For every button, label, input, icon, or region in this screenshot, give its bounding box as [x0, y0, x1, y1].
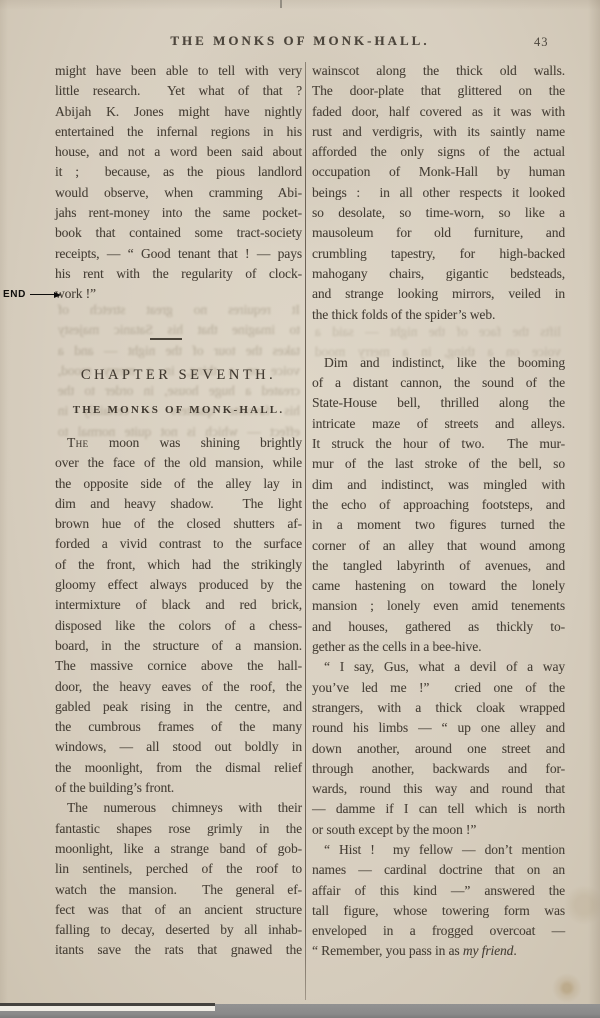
text-line: “ I say, Gus, what a devil of a way [312, 657, 565, 677]
column-divider-rule [305, 62, 306, 1000]
text-line: jahs rent-money into the same pocket- [55, 203, 302, 223]
text-line: lin sentinels, perched of the roof to [55, 859, 302, 879]
running-head: THE MONKS OF MONK-HALL. [0, 33, 600, 49]
right-column: wainscot along the thick old walls.The d… [312, 61, 565, 962]
end-label: END [3, 289, 26, 300]
text-line: affair of this kind —” answered the [312, 881, 565, 901]
scan-edge-mark [280, 0, 282, 8]
text-line: wainscot along the thick old walls. [312, 61, 565, 81]
text-line: would observe, when cramming Abi- [55, 183, 302, 203]
text-line: windows, — all stood out boldly in [55, 737, 302, 757]
text-line: round his limbs — “ up one alley and [312, 718, 565, 738]
text-line: over the face of the old mansion, while [55, 453, 302, 473]
page-number: 43 [534, 35, 549, 50]
show-through-line: takes the tour of the night — and a [58, 341, 300, 361]
arrow-head [54, 292, 61, 298]
text-line: State-House bell, thrilled along the [312, 393, 565, 413]
text-line: gabled peak rising in the centre, and [55, 697, 302, 717]
text-line: door, the heavy eaves of the roof, the [55, 677, 302, 697]
right-column-paragraph-4: “ Hist ! my fellow — don’t mentionnames … [312, 840, 565, 962]
left-column-paragraph-2: The moon was shining brightlyover the fa… [55, 433, 302, 961]
text-line: tall figure, whose towering form was [312, 901, 565, 921]
text-line: of the building’s front. [55, 778, 302, 798]
text-line: — damme if I can tell which is north [312, 799, 565, 819]
show-through-line: voice on a thing, in a merry mood [315, 342, 561, 362]
text-line: dim and indistinct, was mingled with [312, 475, 565, 495]
text-line: The numerous chimneys with their [55, 798, 302, 818]
text-line: watch the mansion. The general ef- [55, 880, 302, 900]
text-line: the opposite side of the alley lay in [55, 474, 302, 494]
text-line: The door-plate that glittered on the [312, 81, 565, 101]
text-line: moonlight, like a strange band of gob- [55, 839, 302, 859]
text-line: fect was that of an ancient structure [55, 900, 302, 920]
text-line: strangers, with a thick cloak wrapped [312, 698, 565, 718]
text-line: It struck the hour of two. The mur- [312, 434, 565, 454]
text-line: mahogany chairs, gigantic bedsteads, [312, 264, 565, 284]
text-line: The massive cornice above the hall- [55, 656, 302, 676]
text-line: down another, around one street and [312, 739, 565, 759]
text-line: occupation of Monk-Hall by human [312, 162, 565, 182]
text-line: “ Remember, you pass in as my friend. [312, 941, 565, 961]
text-line: mur of the last stroke of the bell, so [312, 454, 565, 474]
text-line: mansion ; lonely even amid tenements [312, 596, 565, 616]
text-line: it ; because, as the pious landlord [55, 162, 302, 182]
text-line: gether as the cells in a bee-hive. [312, 637, 565, 657]
text-line: in a moment two figures turned the [312, 515, 565, 535]
page-edge-highlight [0, 1006, 215, 1011]
show-through-text: lifts the face of the night — said avoic… [315, 322, 561, 363]
text-line: dim and heavy shadow. The light [55, 494, 302, 514]
chapter-subtitle: THE MONKS OF MONK-HALL. [55, 404, 302, 416]
text-line: crumbling tapestry, for high-backed [312, 244, 565, 264]
text-line: little research. Yet what of that ? [55, 81, 302, 101]
text-line: enveloped in a frogged overcoat — [312, 921, 565, 941]
book-page-scan: THE MONKS OF MONK-HALL. 43 might have be… [0, 0, 600, 1018]
text-line: faded door, half covered as it was with [312, 102, 565, 122]
chapter-divider-rule [150, 338, 182, 340]
text-line: afforded the only signs of the actual [312, 142, 565, 162]
text-line: “ Hist ! my fellow — don’t mention [312, 840, 565, 860]
text-line: and strange looking mirrors, veiled in [312, 284, 565, 304]
text-line: names — cardinal doctrine that on an [312, 860, 565, 880]
text-line: falling to decay, deserted by all inhab- [55, 920, 302, 940]
show-through-line: effect — which is not quite normal to [58, 422, 300, 442]
text-line: house, and not a word been said about [55, 142, 302, 162]
right-column-paragraph-1: wainscot along the thick old walls.The d… [312, 61, 565, 325]
text-line: of a distant cannon, the sound of the [312, 373, 565, 393]
text-line: the cumbrous frames of the many [55, 717, 302, 737]
end-annotation: END [3, 289, 61, 300]
show-through-line: It requires no great stretch of [58, 300, 300, 320]
show-through-line: created a huge house, in order to the [58, 381, 300, 401]
text-line: disposed like the colors of a chess- [55, 616, 302, 636]
text-line: his rent with the regularity of clock- [55, 264, 302, 284]
left-column-paragraph-1: might have been able to tell with veryli… [55, 61, 302, 305]
text-line: the moonlight, from the dismal relief [55, 758, 302, 778]
text-line: entertained the infernal regions in his [55, 122, 302, 142]
text-line: and houses, gathered as thickly to- [312, 617, 565, 637]
text-line: so desolate, so time-worn, so like a [312, 203, 565, 223]
text-line: wards, round this way and round that [312, 779, 565, 799]
text-line: brown hue of the closed shutters af- [55, 514, 302, 534]
text-line: might have been able to tell with very [55, 61, 302, 81]
text-line: fantastic shapes rose grimly in the [55, 819, 302, 839]
right-arrow-icon [30, 292, 61, 298]
text-line: or south except by the moon !” [312, 820, 565, 840]
text-line: itants save the rats that gnawed the [55, 940, 302, 960]
text-line: the tangled labyrinth of avenues, and [312, 556, 565, 576]
text-line: Abijah K. Jones might have nightly [55, 102, 302, 122]
text-line: through another, backwards and for- [312, 759, 565, 779]
right-column-paragraph-3: “ I say, Gus, what a devil of a wayyou’v… [312, 657, 565, 840]
text-line: you’ve led me !” cried one of the [312, 678, 565, 698]
text-line: board, in the structure of a mansion. [55, 636, 302, 656]
chapter-title: CHAPTER SEVENTH. [55, 367, 302, 384]
text-line: receipts, — “ Good tenant that ! — pays [55, 244, 302, 264]
text-line: book that contained some tract-society [55, 223, 302, 243]
arrow-shaft [30, 294, 54, 296]
text-line: intricate maze of streets and alleys. [312, 414, 565, 434]
text-line: gloomy effect always produced by the [55, 575, 302, 595]
text-line: forded a vivid contrast to the surface [55, 534, 302, 554]
text-line: beings : in all other respects it looked [312, 183, 565, 203]
text-line: rust and verdigris, with its saintly nam… [312, 122, 565, 142]
text-line: came hastening on toward the lonely [312, 576, 565, 596]
text-line: intermixture of black and red brick, [55, 595, 302, 615]
text-line: of the front, which had the strikingly [55, 555, 302, 575]
text-line: the echo of approaching footsteps, and [312, 495, 565, 515]
text-line: corner of an alley that wound among [312, 536, 565, 556]
show-through-line: lifts the face of the night — said a [315, 322, 561, 342]
text-line: mausoleum for old furniture, and [312, 223, 565, 243]
right-column-paragraph-2: Dim and indistinct, like the boomingof a… [312, 353, 565, 657]
